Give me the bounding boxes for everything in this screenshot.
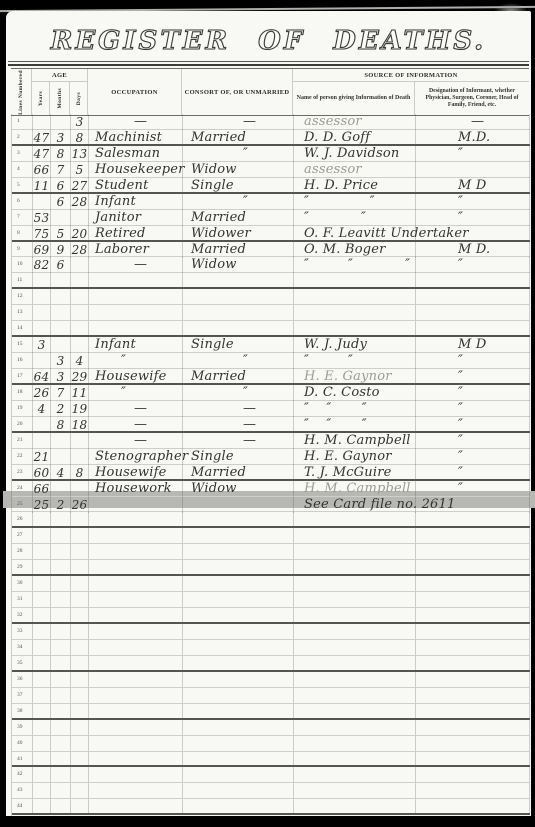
table-row: 41 [12, 752, 530, 768]
cell-y: 25 [33, 497, 51, 513]
cell-y: 60 [33, 465, 51, 481]
cell-d [71, 624, 89, 639]
cell-n: 8 [12, 226, 33, 242]
cell-con [183, 528, 294, 543]
cell-name [294, 767, 416, 782]
cell-des [416, 783, 530, 798]
cell-des: ″ [416, 449, 530, 465]
cell-n: 29 [12, 560, 33, 575]
cell-name: H. E. Gaynor [294, 449, 416, 465]
cell-des [416, 767, 530, 782]
cell-d [71, 688, 89, 703]
cell-con: ″ [183, 353, 294, 369]
cell-d: 27 [71, 178, 89, 194]
cell-name [294, 672, 416, 687]
cell-m [51, 624, 71, 639]
cell-y [33, 433, 51, 449]
table-row: 36 [12, 672, 530, 688]
cell-n: 30 [12, 576, 33, 591]
cell-des [416, 321, 530, 336]
designation-label: Designation of Informant, whether Physic… [418, 88, 526, 110]
cell-des [416, 672, 530, 687]
cell-d [71, 433, 89, 449]
table-row: 2466HouseworkWidowH. M. Campbell″ [12, 481, 530, 497]
cell-name [294, 656, 416, 671]
cell-y [33, 512, 51, 527]
cell-con [183, 656, 294, 671]
cell-occ [89, 656, 183, 671]
cell-name [294, 704, 416, 719]
cell-occ [89, 640, 183, 655]
cell-occ: Infant [89, 194, 183, 210]
cell-y: 82 [33, 257, 51, 273]
cell-y: 64 [33, 369, 51, 385]
cell-occ: — [89, 257, 183, 273]
cell-m [51, 592, 71, 607]
cell-d [71, 720, 89, 735]
table-row: 40 [12, 736, 530, 752]
cell-con: ″ [183, 385, 294, 401]
cell-des: ″ [416, 433, 530, 449]
table-row: 34 [12, 640, 530, 656]
cell-n: 12 [12, 289, 33, 304]
cell-name: W. J. Davidson [294, 146, 416, 162]
cell-m: 3 [51, 353, 71, 369]
cell-name: H. M. Campbell [294, 433, 416, 449]
table-row: 1826711 ″ ″D. C. Costo″ [12, 385, 530, 401]
cell-name: ″ ″ [294, 194, 416, 210]
cell-name [294, 783, 416, 798]
cell-name: ″ ″ [294, 210, 416, 226]
cell-n: 42 [12, 767, 33, 782]
table-row: 20818 — —″ ″ ″″ [12, 417, 530, 433]
cell-n: 11 [12, 273, 33, 288]
cell-y: 53 [33, 210, 51, 226]
cell-con [183, 544, 294, 559]
cell-y [33, 544, 51, 559]
cell-con [183, 592, 294, 607]
cell-n: 18 [12, 385, 33, 401]
cell-d [71, 672, 89, 687]
title-rule-thick [8, 64, 529, 66]
cell-d [71, 783, 89, 798]
cell-occ [89, 305, 183, 320]
cell-d: 3 [71, 114, 89, 130]
cell-name: T. J. McGuire [294, 465, 416, 481]
cell-y [33, 417, 51, 433]
cell-con: Single [183, 178, 294, 194]
cell-name: ″ ″ ″ [294, 257, 416, 273]
cell-name: ″ ″ ″ [294, 417, 416, 433]
cell-y [33, 656, 51, 671]
cell-y [33, 353, 51, 369]
cell-con [183, 305, 294, 320]
cell-n: 28 [12, 544, 33, 559]
cell-m [51, 783, 71, 798]
cell-occ: — [89, 433, 183, 449]
cell-con: ″ [183, 146, 294, 162]
cell-con: Married [183, 242, 294, 258]
cell-name [294, 305, 416, 320]
cell-y [33, 273, 51, 288]
cell-n: 25 [12, 497, 33, 513]
cell-occ [89, 720, 183, 735]
cell-des [416, 289, 530, 304]
cell-y: 69 [33, 242, 51, 258]
cell-des: ″ [416, 417, 530, 433]
consort-label: CONSORT OF, OR UNMARRIED [185, 89, 290, 96]
cell-des [416, 273, 530, 288]
cell-d [71, 560, 89, 575]
header-consort: CONSORT OF, OR UNMARRIED [182, 69, 293, 115]
cell-m [51, 289, 71, 304]
cell-des [416, 656, 530, 671]
cell-m [51, 608, 71, 623]
cell-d [71, 608, 89, 623]
cell-con [183, 321, 294, 336]
table-row: 46675HousekeeperWidowassessor [12, 162, 530, 178]
header-source-group: SOURCE OF INFORMATION [293, 69, 529, 82]
table-header: Lines Numbered AGE Years Months Days OCC… [11, 68, 529, 116]
cell-occ: Housewife [89, 369, 183, 385]
cell-m: 4 [51, 465, 71, 481]
cell-d: 13 [71, 146, 89, 162]
cell-name: H. D. Price [294, 178, 416, 194]
cell-name: assessor [294, 114, 416, 130]
cell-occ [89, 736, 183, 751]
cell-m: 5 [51, 226, 71, 242]
cell-des: — [416, 114, 530, 130]
cell-name [294, 512, 416, 527]
cell-y [33, 560, 51, 575]
table-row: 12 [12, 289, 530, 305]
table-row: 969928LaborerMarriedO. M. BogerM D. [12, 242, 530, 258]
source-label: SOURCE OF INFORMATION [364, 72, 457, 79]
cell-d [71, 799, 89, 814]
cell-d: 28 [71, 242, 89, 258]
cell-name [294, 576, 416, 591]
cell-con [183, 672, 294, 687]
cell-m [51, 656, 71, 671]
cell-n: 43 [12, 783, 33, 798]
cell-n: 9 [12, 242, 33, 258]
cell-des [416, 497, 530, 513]
cell-occ [89, 752, 183, 767]
cell-con [183, 497, 294, 513]
cell-d [71, 321, 89, 336]
cell-des: M.D. [416, 130, 530, 146]
table-row: 753JanitorMarried″ ″″ [12, 210, 530, 226]
cell-y [33, 640, 51, 655]
cell-d [71, 273, 89, 288]
title-rule-thin [8, 61, 529, 62]
cell-des [416, 305, 530, 320]
cell-des [416, 720, 530, 735]
cell-y [33, 305, 51, 320]
cell-con: Married [183, 369, 294, 385]
table-row: 32 [12, 608, 530, 624]
occupation-label: OCCUPATION [111, 89, 157, 96]
cell-m [51, 114, 71, 130]
cell-y [33, 736, 51, 751]
cell-name [294, 528, 416, 543]
table-row: 21 — —H. M. Campbell″ [12, 433, 530, 449]
cell-y: 11 [33, 178, 51, 194]
cell-occ [89, 799, 183, 814]
cell-d: 28 [71, 194, 89, 210]
cell-m [51, 767, 71, 782]
cell-occ [89, 544, 183, 559]
cell-d [71, 512, 89, 527]
cell-des [416, 162, 530, 178]
cell-n: 20 [12, 417, 33, 433]
cell-des [416, 576, 530, 591]
cell-con [183, 704, 294, 719]
cell-des: ″ [416, 465, 530, 481]
cell-y [33, 704, 51, 719]
cell-con: Married [183, 130, 294, 146]
cell-n: 4 [12, 162, 33, 178]
cell-con [183, 512, 294, 527]
cell-d [71, 704, 89, 719]
cell-des [416, 752, 530, 767]
table-row: 27 [12, 528, 530, 544]
register-page: REGISTER OF DEATHS. Lines Numbered AGE Y… [6, 11, 531, 816]
table-row: 39 [12, 720, 530, 736]
cell-y [33, 289, 51, 304]
cell-n: 39 [12, 720, 33, 735]
table-row: 42 [12, 767, 530, 783]
cell-m: 6 [51, 257, 71, 273]
header-months: Months [50, 82, 70, 115]
cell-m [51, 337, 71, 353]
table-row: 2221StenographerSingleH. E. Gaynor″ [12, 449, 530, 465]
cell-m [51, 720, 71, 735]
cell-d: 8 [71, 465, 89, 481]
cell-y [33, 688, 51, 703]
age-label: AGE [52, 72, 67, 79]
cell-des [416, 704, 530, 719]
cell-n: 41 [12, 752, 33, 767]
lines-numbered-label: Lines Numbered [18, 70, 24, 115]
cell-con: ″ [183, 194, 294, 210]
cell-n: 33 [12, 624, 33, 639]
cell-con: Single [183, 337, 294, 353]
table-row: 10826 —Widow″ ″ ″″ [12, 257, 530, 273]
header-lines-numbered: Lines Numbered [11, 69, 32, 115]
cell-des: ″ [416, 353, 530, 369]
table-row: 194219 — —″ ″ ″″ [12, 401, 530, 417]
cell-occ: Machinist [89, 130, 183, 146]
cell-name: D. C. Costo [294, 385, 416, 401]
cell-d [71, 544, 89, 559]
cell-m: 7 [51, 385, 71, 401]
cell-d: 18 [71, 417, 89, 433]
name-of-person-label: Name of person giving Information of Dea… [297, 95, 411, 103]
cell-m [51, 544, 71, 559]
cell-m: 7 [51, 162, 71, 178]
table-row: 26 [12, 512, 530, 528]
table-row: 14 [12, 321, 530, 337]
cell-occ [89, 672, 183, 687]
cell-occ: — [89, 401, 183, 417]
cell-name [294, 560, 416, 575]
cell-m: 2 [51, 401, 71, 417]
cell-des: ″ [416, 401, 530, 417]
cell-occ: Retired [89, 226, 183, 242]
cell-con: — [183, 433, 294, 449]
header-name-of-person: Name of person giving Information of Dea… [293, 82, 415, 115]
cell-m [51, 273, 71, 288]
cell-des: M D. [416, 242, 530, 258]
cell-con [183, 640, 294, 655]
cell-name [294, 544, 416, 559]
cell-des: ″ [416, 481, 530, 497]
years-label: Years [38, 91, 44, 106]
cell-d [71, 210, 89, 226]
cell-des [416, 592, 530, 607]
cell-n: 13 [12, 305, 33, 320]
cell-name [294, 720, 416, 735]
cell-d [71, 289, 89, 304]
cell-occ: ″ [89, 385, 183, 401]
cell-d [71, 305, 89, 320]
cell-m: 6 [51, 178, 71, 194]
cell-con [183, 560, 294, 575]
cell-con: Married [183, 210, 294, 226]
cell-n: 22 [12, 449, 33, 465]
cell-name: assessor [294, 162, 416, 178]
cell-des: ″ [416, 146, 530, 162]
cell-con [183, 783, 294, 798]
cell-y [33, 194, 51, 210]
cell-name [294, 289, 416, 304]
cell-m [51, 704, 71, 719]
header-age-group: AGE [32, 69, 88, 82]
cell-d [71, 767, 89, 782]
cell-d [71, 736, 89, 751]
cell-m [51, 481, 71, 497]
table-row: 13 — —assessor — [12, 114, 530, 130]
cell-name: H. E. Gaynor [294, 369, 416, 385]
cell-y: 75 [33, 226, 51, 242]
cell-con [183, 273, 294, 288]
cell-y [33, 321, 51, 336]
header-years: Years [32, 82, 50, 115]
cell-name [294, 624, 416, 639]
table-row: 43 [12, 783, 530, 799]
cell-n: 40 [12, 736, 33, 751]
cell-name [294, 640, 416, 655]
cell-y: 47 [33, 146, 51, 162]
cell-m [51, 752, 71, 767]
cell-d: 19 [71, 401, 89, 417]
cell-occ [89, 497, 183, 513]
cell-con: — [183, 401, 294, 417]
cell-con: — [183, 114, 294, 130]
cell-name: ″ ″ ″ [294, 401, 416, 417]
cell-occ [89, 289, 183, 304]
cell-d [71, 337, 89, 353]
cell-m [51, 672, 71, 687]
cell-y [33, 114, 51, 130]
cell-y [33, 720, 51, 735]
cell-con [183, 289, 294, 304]
cell-occ: Housework [89, 481, 183, 497]
cell-des [416, 528, 530, 543]
cell-m [51, 449, 71, 465]
cell-occ [89, 273, 183, 288]
cell-y [33, 767, 51, 782]
cell-occ [89, 560, 183, 575]
cell-con [183, 752, 294, 767]
cell-d: 8 [71, 130, 89, 146]
table-row: 38 [12, 704, 530, 720]
days-label: Days [76, 92, 82, 105]
cell-occ [89, 704, 183, 719]
cell-m [51, 640, 71, 655]
cell-n: 44 [12, 799, 33, 814]
cell-m [51, 305, 71, 320]
cell-d [71, 481, 89, 497]
cell-n: 38 [12, 704, 33, 719]
cell-des: ″ [416, 257, 530, 273]
cell-name [294, 321, 416, 336]
cell-d [71, 576, 89, 591]
cell-des [416, 544, 530, 559]
cell-y [33, 528, 51, 543]
cell-con: Widower [183, 226, 294, 242]
cell-occ: Stenographer [89, 449, 183, 465]
cell-con [183, 799, 294, 814]
cell-occ: — [89, 114, 183, 130]
table-row: 35 [12, 656, 530, 672]
table-row: 1764329HousewifeMarriedH. E. Gaynor″ [12, 369, 530, 385]
cell-con: Single [183, 449, 294, 465]
cell-n: 35 [12, 656, 33, 671]
cell-occ: Janitor [89, 210, 183, 226]
cell-n: 7 [12, 210, 33, 226]
cell-con [183, 736, 294, 751]
cell-y: 4 [33, 401, 51, 417]
cell-m [51, 512, 71, 527]
cell-des [416, 560, 530, 575]
cell-y: 66 [33, 481, 51, 497]
cell-name: H. M. Campbell [294, 481, 416, 497]
cell-name: W. J. Judy [294, 337, 416, 353]
header-occupation: OCCUPATION [88, 69, 182, 115]
table-row: 2525226See Card file no. 2611 [12, 497, 530, 513]
table-row: 29 [12, 560, 530, 576]
header-days: Days [70, 82, 88, 115]
cell-des [416, 226, 530, 242]
cell-n: 10 [12, 257, 33, 273]
table-row: 347813Salesman ″W. J. Davidson″ [12, 146, 530, 162]
cell-d: 5 [71, 162, 89, 178]
cell-name [294, 752, 416, 767]
cell-n: 36 [12, 672, 33, 687]
table-row: 37 [12, 688, 530, 704]
months-label: Months [57, 88, 63, 108]
cell-y [33, 672, 51, 687]
cell-des: ″ [416, 385, 530, 401]
cell-con [183, 767, 294, 782]
cell-m: 3 [51, 130, 71, 146]
cell-des [416, 640, 530, 655]
cell-con [183, 688, 294, 703]
cell-n: 37 [12, 688, 33, 703]
cell-y: 3 [33, 337, 51, 353]
